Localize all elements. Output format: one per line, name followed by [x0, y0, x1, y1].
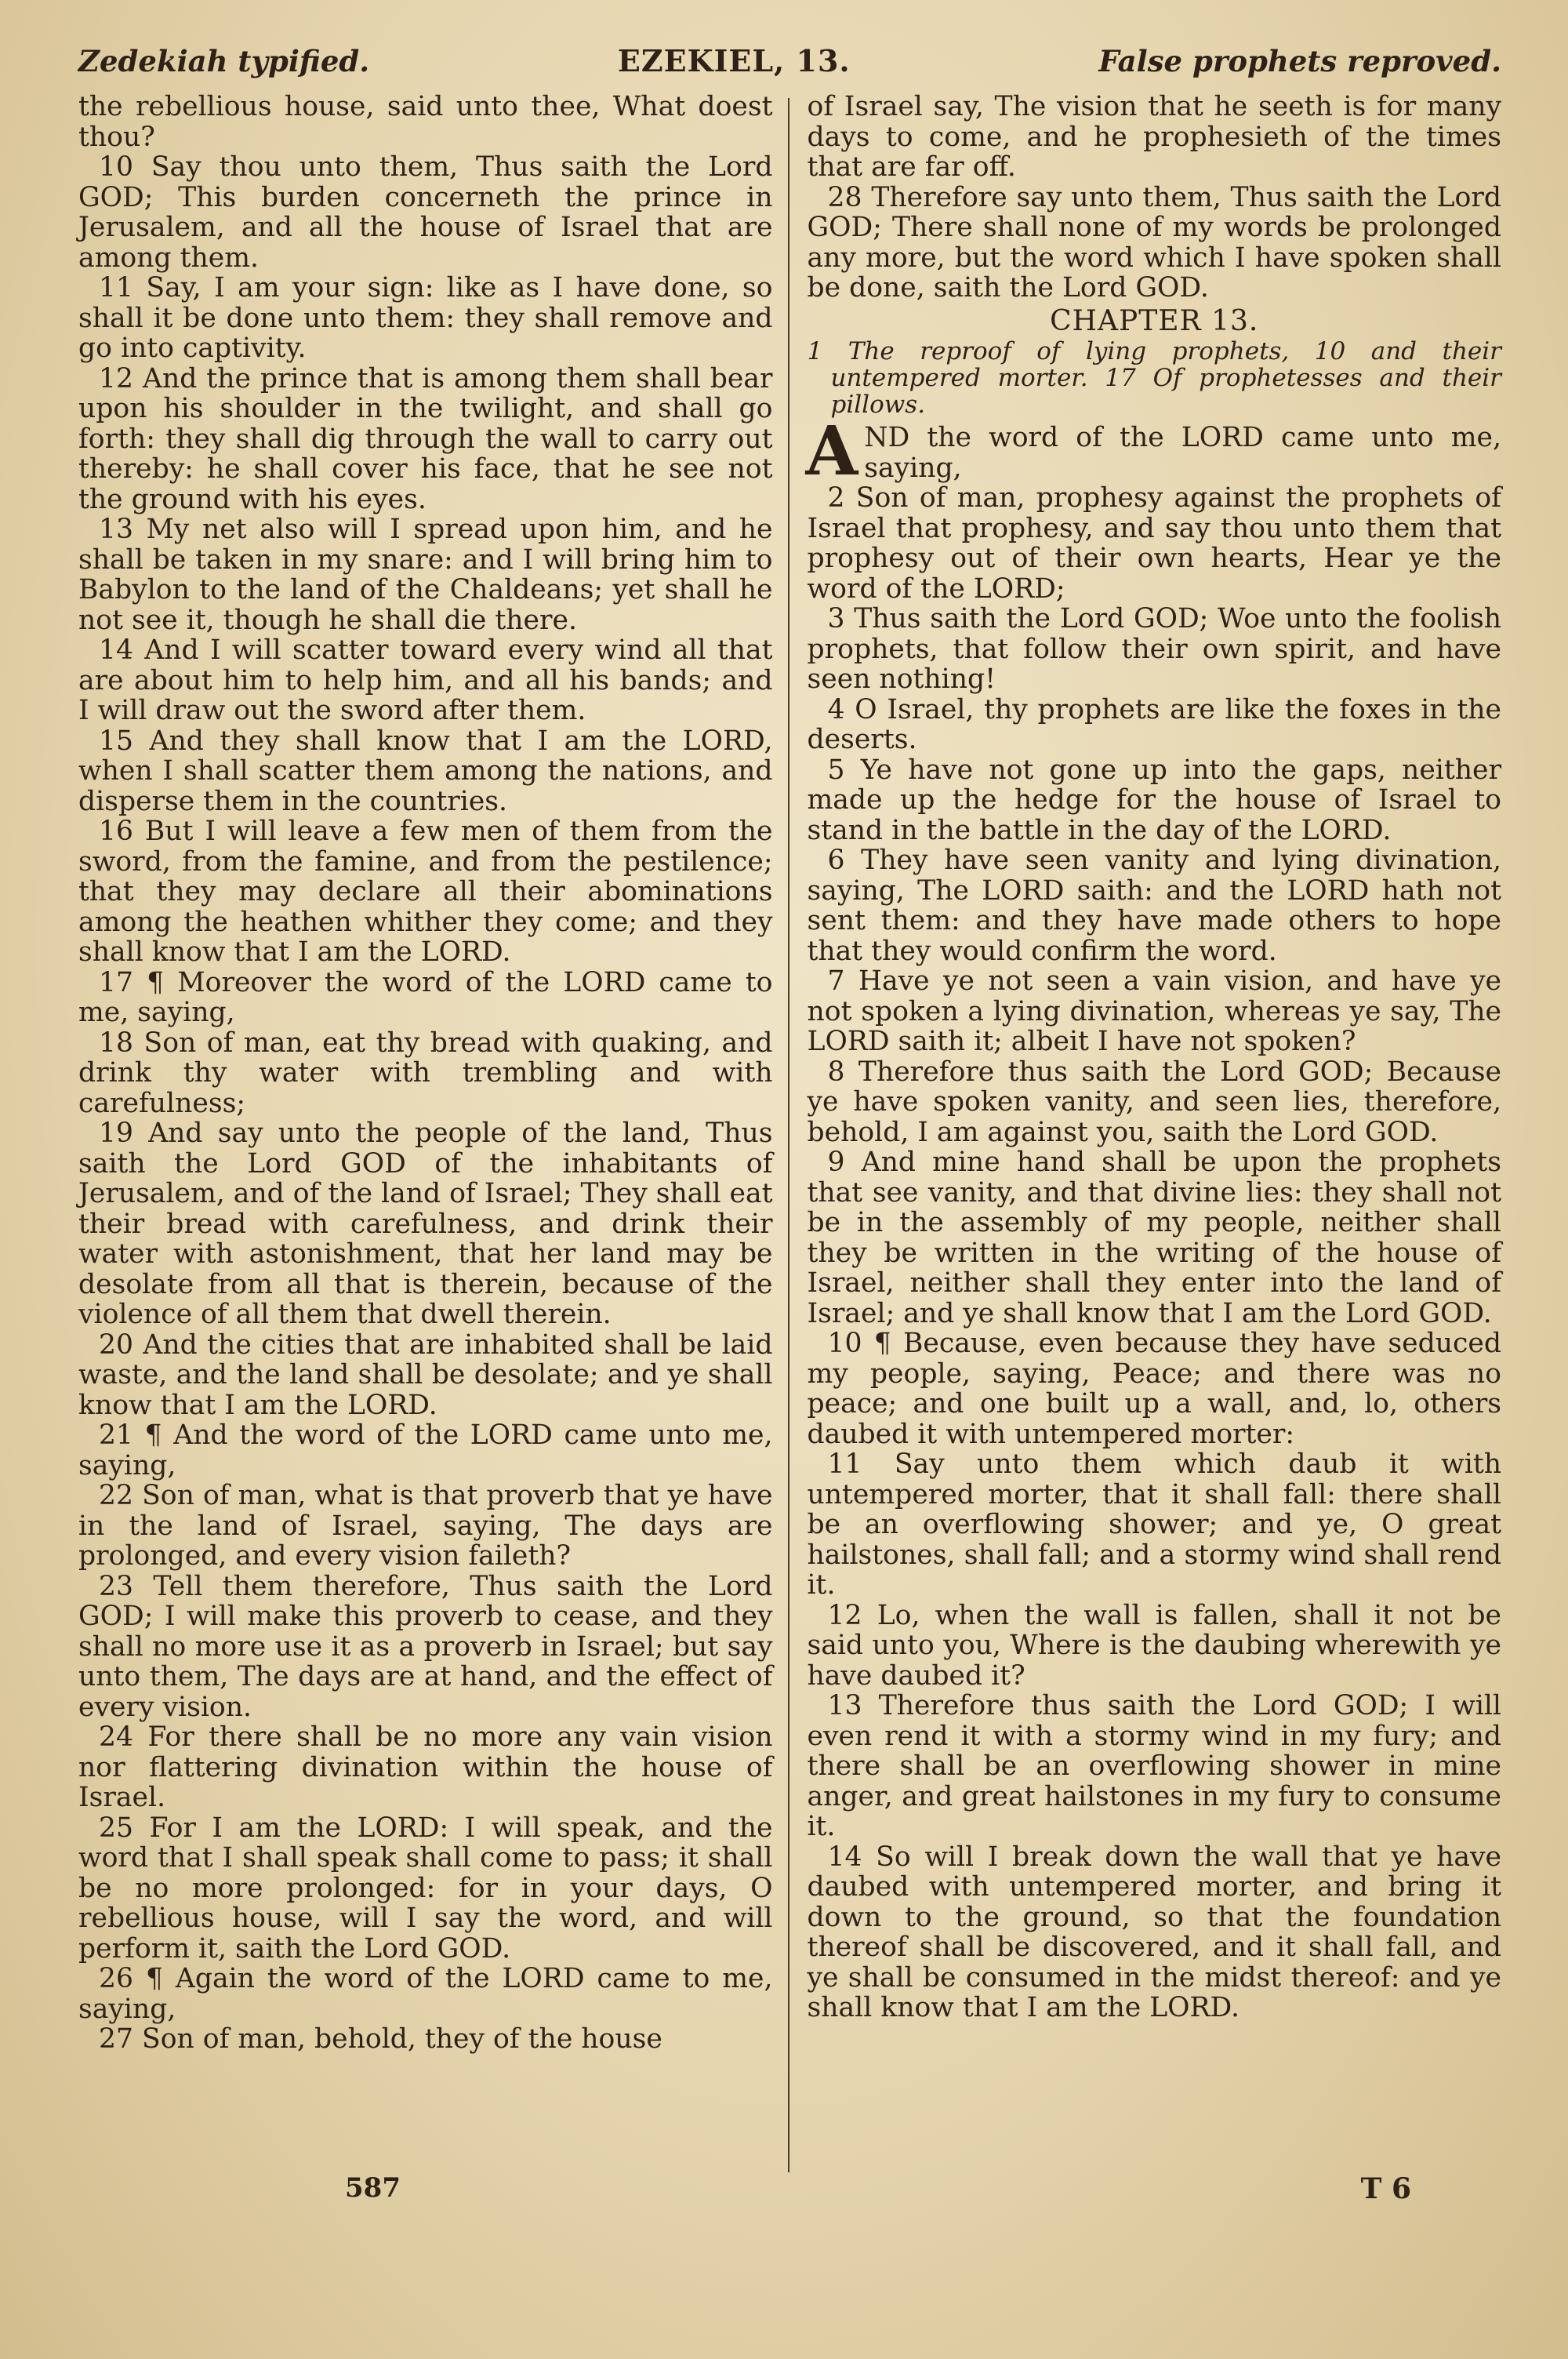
verse-text: Thus saith the Lord GOD; Woe unto the fo…	[808, 603, 1502, 695]
verse-number: 10	[828, 1328, 874, 1359]
verse-number: 17	[99, 967, 147, 998]
verse-text: Therefore say unto them, Thus saith the …	[808, 182, 1502, 304]
verse: 28 Therefore say unto them, Thus saith t…	[808, 183, 1502, 304]
verse-number: 21	[99, 1419, 145, 1451]
verse: 24 For there shall be no more any vain v…	[78, 1722, 773, 1813]
verse-number: 10	[99, 151, 151, 183]
verse-1-text: ND the word of the LORD came unto me, sa…	[864, 422, 1501, 484]
verse-number: 18	[99, 1027, 144, 1059]
verse-number: 12	[828, 1600, 877, 1631]
verse-number: 22	[99, 1480, 142, 1511]
verse-text: Say, I am your sign: like as I have done…	[78, 272, 773, 364]
verse: 18 Son of man, eat thy bread with quakin…	[78, 1028, 773, 1119]
verse-text: But I will leave a few men of them from …	[78, 816, 773, 968]
verse: 27 Son of man, behold, they of the house	[78, 2024, 773, 2055]
verse-number: 13	[828, 1690, 879, 1721]
verse: 13 My net also will I spread upon him, a…	[78, 514, 773, 635]
verse: 7 Have ye not seen a vain vision, and ha…	[808, 966, 1502, 1057]
continuation-text: of Israel say, The vision that he seeth …	[808, 92, 1502, 183]
verse-number: 20	[99, 1329, 143, 1361]
verse-number: 25	[99, 1812, 149, 1844]
verse: 15 And they shall know that I am the LOR…	[78, 726, 773, 817]
verse-text: Ye have not gone up into the gaps, neith…	[808, 754, 1502, 846]
verse: 21 ¶ And the word of the LORD came unto …	[78, 1420, 773, 1481]
verse-text: Son of man, behold, they of the house	[142, 2023, 662, 2055]
continuation-text: the rebellious house, said unto thee, Wh…	[78, 92, 773, 152]
verse-number: 28	[828, 182, 872, 213]
verse-number: 26	[99, 1963, 146, 1994]
verse-text: Say unto them which daub it with untempe…	[808, 1448, 1502, 1601]
verse-number: 23	[99, 1571, 153, 1602]
verse-number: 8	[828, 1056, 858, 1088]
page-number: 587	[345, 2172, 401, 2204]
verse-number: 19	[99, 1118, 148, 1149]
verse: 20 And the cities that are inhabited sha…	[78, 1330, 773, 1421]
signature-mark: T 6	[1361, 2172, 1411, 2205]
verse: 11 Say, I am your sign: like as I have d…	[78, 273, 773, 364]
verse: 16 But I will leave a few men of them fr…	[78, 816, 773, 968]
verse-text: And I will scatter toward every wind all…	[78, 634, 773, 726]
two-column-text: the rebellious house, said unto thee, Wh…	[78, 92, 1501, 2055]
chapter-summary: 1 The reproof of lying prophets, 10 and …	[808, 338, 1502, 418]
header-left-topic: Zedekiah typified.	[78, 44, 369, 78]
verse-number: 11	[99, 272, 146, 304]
header-book-chapter: EZEKIEL, 13.	[618, 43, 851, 78]
verse: 4 O Israel, thy prophets are like the fo…	[808, 695, 1502, 755]
verse-number: 14	[828, 1841, 877, 1873]
verse-number: 14	[99, 634, 144, 666]
right-verses: 2 Son of man, prophesy against the proph…	[808, 483, 1502, 2023]
verse-number: 15	[99, 725, 149, 757]
header-right-topic: False prophets reproved.	[1098, 44, 1501, 78]
verse-number: 3	[828, 603, 855, 634]
verse-text: ¶ And the word of the LORD came unto me,…	[78, 1419, 773, 1481]
verse-number: 13	[99, 514, 147, 545]
verse-text: My net also will I spread upon him, and …	[78, 514, 773, 636]
verse-text: For I am the LORD: I will speak, and the…	[78, 1812, 773, 1965]
verse-number: 5	[828, 754, 861, 786]
verse-text: O Israel, thy prophets are like the foxe…	[808, 694, 1502, 756]
verse: 11 Say unto them which daub it with unte…	[808, 1449, 1502, 1601]
verse-text: And the prince that is among them shall …	[78, 363, 773, 515]
verse-number: 6	[828, 845, 862, 876]
verse-number: 7	[828, 965, 858, 997]
verse-text: Therefore thus saith the Lord GOD; I wil…	[808, 1690, 1502, 1842]
verse-text: They have seen vanity and lying divinati…	[808, 845, 1502, 967]
verse-number: 24	[99, 1721, 147, 1753]
verse-text: Son of man, eat thy bread with quaking, …	[78, 1027, 773, 1119]
verse-text: So will I break down the wall that ye ha…	[808, 1841, 1502, 2024]
verse: 13 Therefore thus saith the Lord GOD; I …	[808, 1691, 1502, 1842]
verse: 22 Son of man, what is that proverb that…	[78, 1481, 773, 1572]
verse-text: Have ye not seen a vain vision, and have…	[808, 965, 1502, 1057]
verses-before-chapter: 28 Therefore say unto them, Thus saith t…	[808, 183, 1502, 304]
verse-number: 9	[828, 1147, 862, 1178]
page-footer: 587 T 6	[78, 2172, 1501, 2212]
verse-text: And say unto the people of the land, Thu…	[78, 1118, 773, 1330]
verse-text: Son of man, prophesy against the prophet…	[808, 482, 1502, 605]
chapter-opening: A ND the word of the LORD came unto me, …	[808, 423, 1502, 483]
verse-text: For there shall be no more any vain visi…	[78, 1721, 773, 1813]
verse: 25 For I am the LORD: I will speak, and …	[78, 1813, 773, 1965]
running-header: Zedekiah typified. EZEKIEL, 13. False pr…	[78, 43, 1501, 90]
left-verses: 10 Say thou unto them, Thus saith the Lo…	[78, 152, 773, 2055]
verse: 23 Tell them therefore, Thus saith the L…	[78, 1572, 773, 1723]
verse-text: And the cities that are inhabited shall …	[78, 1329, 773, 1421]
verse: 3 Thus saith the Lord GOD; Woe unto the …	[808, 604, 1502, 695]
verse: 12 Lo, when the wall is fallen, shall it…	[808, 1601, 1502, 1692]
verse: 14 So will I break down the wall that ye…	[808, 1842, 1502, 2023]
verse-text: ¶ Moreover the word of the LORD came to …	[78, 967, 772, 1029]
verse-number: 4	[828, 694, 855, 725]
verse: 9 And mine hand shall be upon the prophe…	[808, 1147, 1502, 1329]
verse: 19 And say unto the people of the land, …	[78, 1118, 773, 1330]
verse-number: 16	[99, 816, 145, 847]
verse-text: Therefore thus saith the Lord GOD; Becau…	[808, 1056, 1502, 1148]
verse-number: 27	[99, 2023, 142, 2055]
verse: 10 ¶ Because, even because they have sed…	[808, 1329, 1502, 1449]
verse-number: 11	[828, 1448, 895, 1480]
verse: 17 ¶ Moreover the word of the LORD came …	[78, 968, 773, 1028]
verse-text: ¶ Again the word of the LORD came to me,…	[78, 1963, 773, 2025]
bible-page: Zedekiah typified. EZEKIEL, 13. False pr…	[78, 43, 1501, 2055]
verse: 10 Say thou unto them, Thus saith the Lo…	[78, 152, 773, 273]
verse-number: 12	[99, 363, 143, 394]
right-column: of Israel say, The vision that he seeth …	[790, 92, 1502, 2055]
verse-text: Tell them therefore, Thus saith the Lord…	[78, 1571, 773, 1723]
verse: 6 They have seen vanity and lying divina…	[808, 845, 1502, 966]
verse-text: Say thou unto them, Thus saith the Lord …	[78, 151, 773, 274]
chapter-title: CHAPTER 13.	[808, 307, 1502, 337]
verse-text: Son of man, what is that proverb that ye…	[78, 1480, 773, 1572]
verse: 5 Ye have not gone up into the gaps, nei…	[808, 755, 1502, 846]
drop-cap: A	[806, 424, 858, 479]
verse-text: And they shall know that I am the LORD, …	[78, 725, 773, 817]
verse-text: Lo, when the wall is fallen, shall it no…	[808, 1600, 1502, 1692]
verse: 26 ¶ Again the word of the LORD came to …	[78, 1964, 773, 2024]
left-column: the rebellious house, said unto thee, Wh…	[78, 92, 790, 2055]
verse-text: ¶ Because, even because they have seduce…	[808, 1328, 1502, 1450]
verse-text: And mine hand shall be upon the prophets…	[808, 1147, 1502, 1329]
verse: 14 And I will scatter toward every wind …	[78, 635, 773, 726]
verse: 12 And the prince that is among them sha…	[78, 364, 773, 515]
verse: 2 Son of man, prophesy against the proph…	[808, 483, 1502, 604]
column-divider	[788, 98, 789, 2172]
verse: 8 Therefore thus saith the Lord GOD; Bec…	[808, 1057, 1502, 1148]
